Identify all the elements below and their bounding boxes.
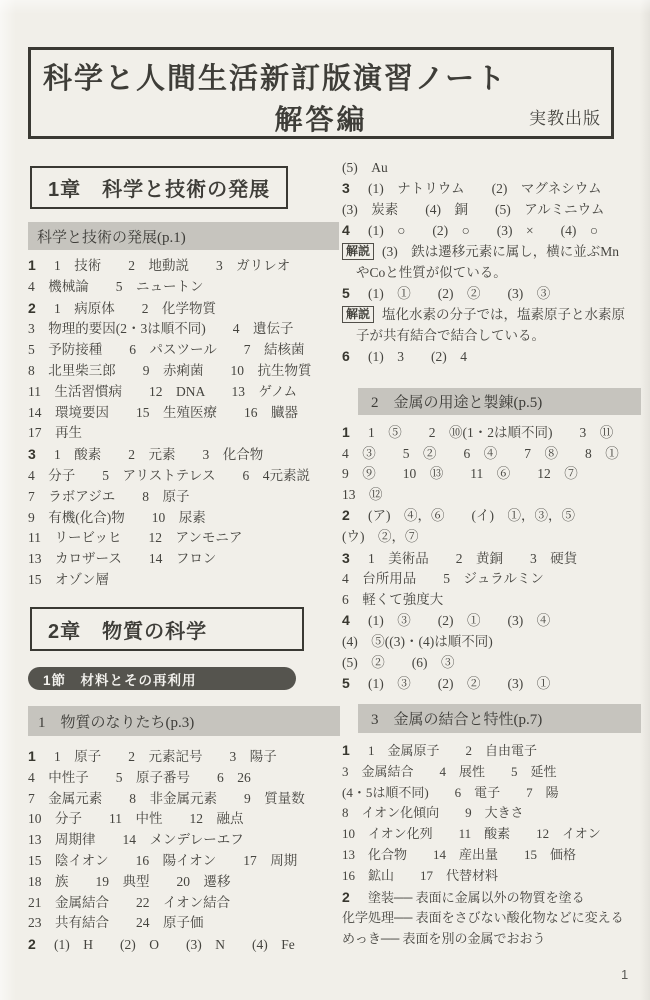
answer-line: 31 酸素 2 元素 3 化合物 xyxy=(28,444,334,466)
answer-text: (1) ○ (2) ○ (3) × (4) ○ xyxy=(368,223,598,238)
answer-line: 9 ⑨ 10 ⑬ 11 ⑥ 12 ⑦ xyxy=(342,464,644,485)
answer-text: 1 ⑤ 2 ⑩(1・2は順不同) 3 ⑪ xyxy=(368,425,613,440)
answer-text: 4 台所用品 5 ジュラルミン xyxy=(342,571,544,586)
answer-line: 2(ア) ④，⑥ (イ) ①，③，⑤ xyxy=(342,505,644,527)
answer-line: (4) ⑤((3)・(4)は順不同) xyxy=(342,632,644,653)
answer-line: 4 ③ 5 ② 6 ④ 7 ⑧ 8 ① xyxy=(342,444,644,465)
answer-text: 1 美術品 2 黄銅 3 硬貨 xyxy=(368,551,577,566)
answer-line: 8 北里柴三郎 9 赤痢菌 10 抗生物質 xyxy=(28,361,334,382)
answer-line: 化学処理── 表面をさびない酸化物などに変える xyxy=(342,908,648,929)
answer-line: 7 ラボアジエ 8 原子 xyxy=(28,487,334,508)
answer-line: 14 環境要因 15 生殖医療 16 臓器 xyxy=(28,403,334,424)
answer-text: 6 軽くて強度大 xyxy=(342,592,443,607)
question-number: 3 xyxy=(342,178,368,199)
answer-text: 15 オゾン層 xyxy=(28,572,109,587)
answer-line: 21 金属結合 22 イオン結合 xyxy=(28,893,334,914)
answer-text: (1) ナトリウム (2) マグネシウム xyxy=(368,181,602,196)
answer-line: 8 イオン化傾向 9 大きさ xyxy=(342,803,648,824)
section-bar-metal-uses: 2 金属の用途と製錬(p.5) xyxy=(358,388,641,415)
answer-text: 化学処理── 表面をさびない酸化物などに変える xyxy=(342,910,624,925)
answer-text: 10 イオン化列 11 酸素 12 イオン xyxy=(342,826,601,841)
answer-line: (4・5は順不同) 6 電子 7 陽 xyxy=(342,783,648,804)
answer-book-page: 科学と人間生活新訂版演習ノート 解答編 実教出版 1章 科学と技術の発展 科学と… xyxy=(0,0,650,1000)
answer-text: 1 病原体 2 化学物質 xyxy=(54,301,216,316)
answer-line: 11 ⑤ 2 ⑩(1・2は順不同) 3 ⑪ xyxy=(342,422,644,444)
answer-line: 10 分子 11 中性 12 融点 xyxy=(28,809,334,830)
answer-line: 15 オゾン層 xyxy=(28,570,334,591)
answer-line: 11 生活習慣病 12 DNA 13 ゲノム xyxy=(28,382,334,403)
answer-text: 4 分子 5 アリストテレス 6 4元素説 xyxy=(28,468,310,483)
answer-line: 解説(3) 鉄は遷移元素に属し，横に並ぶMn xyxy=(342,241,644,262)
chapter2-heading: 2章 物質の科学 xyxy=(30,607,304,651)
answer-text: 8 北里柴三郎 9 赤痢菌 10 抗生物質 xyxy=(28,363,312,378)
answer-line: 16 鉱山 17 代替材料 xyxy=(342,866,648,887)
answer-text: 7 ラボアジエ 8 原子 xyxy=(28,489,189,504)
answers-chapter1: 11 技術 2 地動説 3 ガリレオ4 機械論 5 ニュートン21 病原体 2 … xyxy=(28,255,334,591)
answer-text: 18 族 19 典型 20 遷移 xyxy=(28,874,231,889)
answer-text: (5) ② (6) ③ xyxy=(342,655,454,670)
kaisetsu-label: 解説 xyxy=(342,243,374,260)
answer-line: 13 化合物 14 産出量 15 価格 xyxy=(342,845,648,866)
question-number: 1 xyxy=(342,422,368,443)
answer-text: 9 ⑨ 10 ⑬ 11 ⑥ 12 ⑦ xyxy=(342,466,578,481)
answer-text: 1 酸素 2 元素 3 化合物 xyxy=(54,447,263,462)
answer-line: 13 ⑫ xyxy=(342,485,644,506)
question-number: 1 xyxy=(28,746,54,767)
answer-text: めっき── 表面を別の金属でおおう xyxy=(342,931,546,946)
question-number: 4 xyxy=(342,610,368,631)
answer-line: 5(1) ③ (2) ② (3) ① xyxy=(342,673,644,695)
answer-line: 4 分子 5 アリストテレス 6 4元素説 xyxy=(28,466,334,487)
answer-line: やCoと性質が似ている。 xyxy=(342,262,644,283)
answer-text: (5) Au xyxy=(342,160,388,175)
answers-material-structure: 11 原子 2 元素記号 3 陽子4 中性子 5 原子番号 6 267 金属元素… xyxy=(28,746,334,956)
answer-line: (3) 炭素 (4) 銅 (5) アルミニウム xyxy=(342,199,644,220)
question-number: 3 xyxy=(342,548,368,569)
answer-line: 4(1) ○ (2) ○ (3) × (4) ○ xyxy=(342,220,644,241)
question-number: 4 xyxy=(342,220,368,241)
answer-text: 1 金属原子 2 自由電子 xyxy=(368,743,537,758)
answer-line: 21 病原体 2 化学物質 xyxy=(28,298,334,320)
answer-line: (5) Au xyxy=(342,157,644,178)
answer-text: 13 カロザース 14 フロン xyxy=(28,551,216,566)
kaisetsu-label: 解説 xyxy=(342,306,374,323)
question-number: 2 xyxy=(28,934,54,955)
answer-text: 4 機械論 5 ニュートン xyxy=(28,279,204,294)
answer-line: (5) ② (6) ③ xyxy=(342,653,644,674)
answers-metal-uses: 11 ⑤ 2 ⑩(1・2は順不同) 3 ⑪4 ③ 5 ② 6 ④ 7 ⑧ 8 ①… xyxy=(342,422,644,695)
answer-text: 3 物理的要因(2・3は順不同) 4 遺伝子 xyxy=(28,321,294,336)
answer-line: 5(1) ① (2) ② (3) ③ xyxy=(342,283,644,304)
section-bar-material-structure: 1 物質のなりたち(p.3) xyxy=(28,706,340,736)
answer-text: 13 化合物 14 産出量 15 価格 xyxy=(342,847,576,862)
question-number: 2 xyxy=(342,505,368,526)
answer-text: 21 金属結合 22 イオン結合 xyxy=(28,895,230,910)
answer-line: 2塗装── 表面に金属以外の物質を塗る xyxy=(342,887,648,909)
answer-line: 11 原子 2 元素記号 3 陽子 xyxy=(28,746,334,768)
answer-text: 3 金属結合 4 展性 5 延性 xyxy=(342,764,557,779)
answer-line: 9 有機(化合)物 10 尿素 xyxy=(28,508,334,529)
chapter1-heading: 1章 科学と技術の発展 xyxy=(30,166,288,209)
answer-line: 11 金属原子 2 自由電子 xyxy=(342,740,648,762)
answer-text: (4・5は順不同) 6 電子 7 陽 xyxy=(342,785,559,800)
answer-text: (1) ③ (2) ① (3) ④ xyxy=(368,613,550,628)
answer-line: 23 共有結合 24 原子価 xyxy=(28,913,334,934)
answer-line: 4(1) ③ (2) ① (3) ④ xyxy=(342,610,644,632)
answer-line: 解説塩化水素の分子では，塩素原子と水素原 xyxy=(342,304,644,325)
answer-text: 4 中性子 5 原子番号 6 26 xyxy=(28,770,251,785)
book-title: 科学と人間生活新訂版演習ノート xyxy=(43,56,611,97)
answer-text: (1) ③ (2) ② (3) ① xyxy=(368,676,550,691)
answer-text: 10 分子 11 中性 12 融点 xyxy=(28,811,244,826)
answer-line: 15 陰イオン 16 陽イオン 17 周期 xyxy=(28,851,334,872)
setsu1-pill: 1節 材料とその再利用 xyxy=(28,667,296,690)
answer-text: 塩化水素の分子では，塩素原子と水素原 xyxy=(382,307,625,322)
answer-text: 塗装── 表面に金属以外の物質を塗る xyxy=(368,890,585,905)
answer-line: 3 物理的要因(2・3は順不同) 4 遺伝子 xyxy=(28,319,334,340)
answer-text: 11 生活習慣病 12 DNA 13 ゲノム xyxy=(28,384,297,399)
answer-text: やCoと性質が似ている。 xyxy=(356,265,507,280)
answer-text: 13 周期律 14 メンデレーエフ xyxy=(28,832,244,847)
answer-text: 17 再生 xyxy=(28,425,82,440)
answer-text: (4) ⑤((3)・(4)は順不同) xyxy=(342,634,493,649)
answer-text: (3) 炭素 (4) 銅 (5) アルミニウム xyxy=(342,202,605,217)
answer-line: 10 イオン化列 11 酸素 12 イオン xyxy=(342,824,648,845)
answer-text: 11 リービッヒ 12 アンモニア xyxy=(28,530,242,545)
answer-text: 16 鉱山 17 代替材料 xyxy=(342,868,498,883)
answer-line: 5 予防接種 6 パスツール 7 結核菌 xyxy=(28,340,334,361)
answer-text: 9 有機(化合)物 10 尿素 xyxy=(28,510,206,525)
section-bar-science-tech: 科学と技術の発展(p.1) xyxy=(28,222,339,250)
answer-line: 18 族 19 典型 20 遷移 xyxy=(28,872,334,893)
answer-text: (ウ) ②，⑦ xyxy=(342,529,419,544)
question-number: 5 xyxy=(342,673,368,694)
answer-line: 6(1) 3 (2) 4 xyxy=(342,346,644,367)
answer-line: 4 中性子 5 原子番号 6 26 xyxy=(28,768,334,789)
answer-text: 15 陰イオン 16 陽イオン 17 周期 xyxy=(28,853,297,868)
question-number: 6 xyxy=(342,346,368,367)
answer-line: 3 金属結合 4 展性 5 延性 xyxy=(342,762,648,783)
answer-text: 8 イオン化傾向 9 大きさ xyxy=(342,805,524,820)
answer-text: 子が共有結合で結合している。 xyxy=(356,328,545,343)
answer-line: 31 美術品 2 黄銅 3 硬貨 xyxy=(342,548,644,570)
answer-text: (ア) ④，⑥ (イ) ①，③，⑤ xyxy=(368,508,575,523)
question-number: 5 xyxy=(342,283,368,304)
answer-text: (1) ① (2) ② (3) ③ xyxy=(368,286,550,301)
answer-edition-title: 解答編 xyxy=(31,98,611,138)
answer-text: 23 共有結合 24 原子価 xyxy=(28,915,204,930)
section-bar-metal-bonding: 3 金属の結合と特性(p.7) xyxy=(358,704,641,733)
book-title-box: 科学と人間生活新訂版演習ノート 解答編 実教出版 xyxy=(28,47,614,139)
answer-text: (1) H (2) O (3) N (4) Fe xyxy=(54,937,295,952)
question-number: 1 xyxy=(342,740,368,761)
answer-line: 17 再生 xyxy=(28,423,334,444)
publisher-name: 実教出版 xyxy=(529,104,601,129)
answer-line: (ウ) ②，⑦ xyxy=(342,527,644,548)
answer-line: 6 軽くて強度大 xyxy=(342,590,644,611)
answer-text: (3) 鉄は遷移元素に属し，横に並ぶMn xyxy=(382,244,619,259)
answer-text: 14 環境要因 15 生殖医療 16 臓器 xyxy=(28,405,298,420)
question-number: 1 xyxy=(28,255,54,276)
answer-text: 5 予防接種 6 パスツール 7 結核菌 xyxy=(28,342,304,357)
answer-line: 3(1) ナトリウム (2) マグネシウム xyxy=(342,178,644,199)
answer-line: めっき── 表面を別の金属でおおう xyxy=(342,929,648,950)
answer-line: 7 金属元素 8 非金属元素 9 質量数 xyxy=(28,789,334,810)
answer-line: 4 機械論 5 ニュートン xyxy=(28,277,334,298)
answer-line: 子が共有結合で結合している。 xyxy=(342,325,644,346)
answers-metal-bonding: 11 金属原子 2 自由電子3 金属結合 4 展性 5 延性(4・5は順不同) … xyxy=(342,740,648,950)
answer-text: 1 技術 2 地動説 3 ガリレオ xyxy=(54,258,290,273)
answer-text: 7 金属元素 8 非金属元素 9 質量数 xyxy=(28,791,305,806)
answer-text: (1) 3 (2) 4 xyxy=(368,349,467,364)
answers-continued: (5) Au3(1) ナトリウム (2) マグネシウム(3) 炭素 (4) 銅 … xyxy=(342,157,644,367)
answer-line: 11 リービッヒ 12 アンモニア xyxy=(28,528,334,549)
page-number: 1 xyxy=(621,967,628,982)
answer-text: 13 ⑫ xyxy=(342,487,383,502)
answer-line: 13 カロザース 14 フロン xyxy=(28,549,334,570)
answer-line: 4 台所用品 5 ジュラルミン xyxy=(342,569,644,590)
answer-line: 11 技術 2 地動説 3 ガリレオ xyxy=(28,255,334,277)
answer-text: 4 ③ 5 ② 6 ④ 7 ⑧ 8 ① xyxy=(342,446,619,461)
question-number: 3 xyxy=(28,444,54,465)
answer-line: 2(1) H (2) O (3) N (4) Fe xyxy=(28,934,334,956)
answer-line: 13 周期律 14 メンデレーエフ xyxy=(28,830,334,851)
question-number: 2 xyxy=(28,298,54,319)
question-number: 2 xyxy=(342,887,368,908)
answer-text: 1 原子 2 元素記号 3 陽子 xyxy=(54,749,277,764)
